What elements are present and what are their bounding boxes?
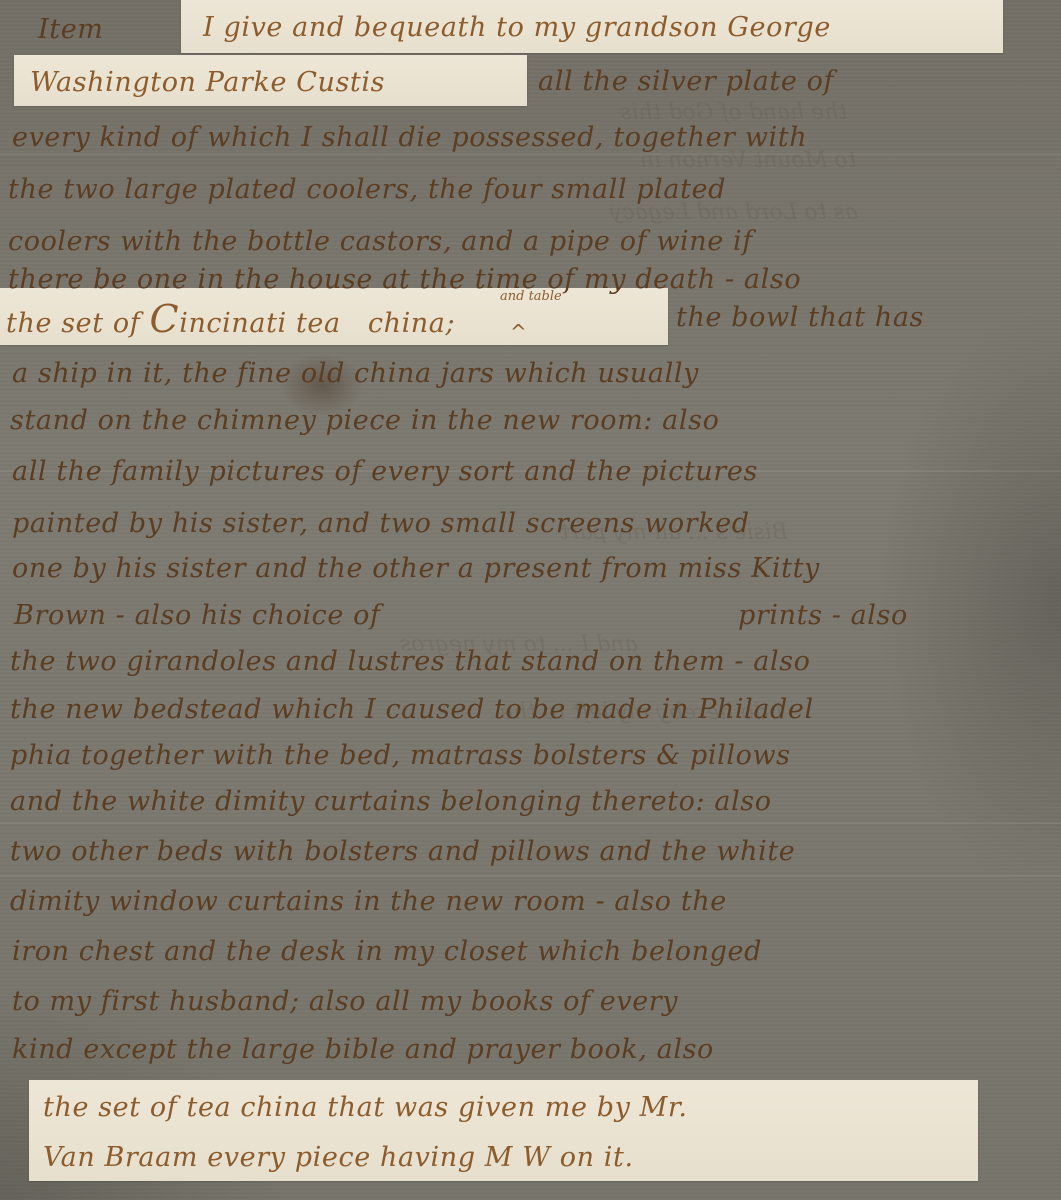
highlighted-text: Washington Parke Custis xyxy=(30,69,385,96)
manuscript-line: to my first husband; also all my books o… xyxy=(12,988,678,1015)
paper-fold-line xyxy=(0,822,1061,824)
manuscript-line: every kind of which I shall die possesse… xyxy=(12,124,807,151)
manuscript-line: stand on the chimney piece in the new ro… xyxy=(10,407,719,434)
manuscript-line: the new bedstead which I caused to be ma… xyxy=(10,696,814,723)
manuscript-line: one by his sister and the other a presen… xyxy=(12,555,820,582)
manuscript-line: phia together with the bed, matrass bols… xyxy=(10,742,791,769)
highlight-box-4: the set of tea china that was given me b… xyxy=(29,1080,978,1181)
highlighted-text-part: the set of xyxy=(6,308,140,339)
manuscript-line: the two large plated coolers, the four s… xyxy=(8,176,726,203)
manuscript-line: Brown - also his choice of xyxy=(14,602,381,629)
manuscript-line-continuation: prints - also xyxy=(738,602,908,629)
highlighted-text-part: incinati tea xyxy=(179,308,340,339)
manuscript-line: two other beds with bolsters and pillows… xyxy=(10,838,795,865)
manuscript-line: dimity window curtains in the new room -… xyxy=(10,888,727,915)
manuscript-line: a ship in it, the fine old china jars wh… xyxy=(12,360,699,387)
manuscript-line-suffix: the bowl that has xyxy=(676,304,924,331)
manuscript-line: and the white dimity curtains belonging … xyxy=(10,788,772,815)
highlighted-text: the set of Cincinati tea china; xyxy=(6,300,455,338)
highlighted-text: I give and bequeath to my grandson Georg… xyxy=(203,14,831,41)
highlight-box-2: Washington Parke Custis xyxy=(14,55,527,106)
highlighted-text-part: china; xyxy=(368,308,455,339)
highlight-box-1: I give and bequeath to my grandson Georg… xyxy=(181,0,1003,53)
paper-ruling xyxy=(0,153,1061,155)
manuscript-page: the hand of God this to Mount Vernon in … xyxy=(0,0,1061,1200)
manuscript-line: iron chest and the desk in my closet whi… xyxy=(12,938,762,965)
capital-c-flourish: C xyxy=(150,297,180,341)
highlighted-text: Van Braam every piece having M W on it. xyxy=(43,1144,634,1171)
manuscript-line: kind except the large bible and prayer b… xyxy=(12,1036,714,1063)
manuscript-line: coolers with the bottle castors, and a p… xyxy=(8,228,753,255)
manuscript-line: there be one in the house at the time of… xyxy=(8,266,801,293)
manuscript-line-suffix: all the silver plate of xyxy=(538,68,834,95)
manuscript-line: the two girandoles and lustres that stan… xyxy=(10,648,811,675)
manuscript-line: painted by his sister, and two small scr… xyxy=(12,510,750,537)
manuscript-line-prefix: Item xyxy=(38,16,104,43)
manuscript-line: all the family pictures of every sort an… xyxy=(12,458,758,485)
highlighted-text: the set of tea china that was given me b… xyxy=(43,1094,688,1121)
insertion-caret: ^ xyxy=(510,322,527,342)
paper-fold-line xyxy=(0,875,1061,877)
highlight-box-3: the set of Cincinati tea china; and tabl… xyxy=(0,288,668,345)
